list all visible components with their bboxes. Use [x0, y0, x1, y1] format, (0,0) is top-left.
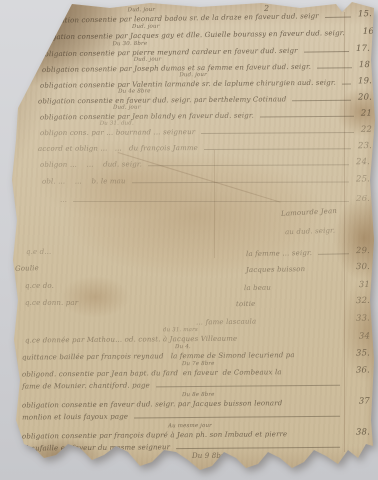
ledger-entry: …26. [60, 195, 370, 204]
entry-text-continued: monlion et louis fayoux page [22, 413, 128, 422]
entry-text: obligation consentie par françois dupré … [22, 430, 287, 440]
entry-text: Lamourde Jean [281, 207, 337, 218]
page-ref-number: 36. [356, 366, 370, 375]
entry-text: … [60, 196, 67, 204]
leader-line [293, 435, 349, 436]
ledger-entry: q.ce do. [25, 282, 85, 290]
ledger-entry: obligon … … dud. seigr.24. [40, 158, 370, 169]
leader-line [304, 51, 349, 53]
page-ref-number: 29. [356, 247, 370, 256]
manuscript-paper: 2 4 Dud. jourobligation consentie par le… [0, 0, 378, 480]
entry-text: q.e d… [26, 248, 51, 256]
ledger-entry: Du 7e 8breobligond. consentie par Jean b… [22, 366, 370, 390]
ledger-entry: Au mesme jourobligation consentie par fr… [22, 428, 370, 452]
date-note: Dud. jour [113, 105, 141, 111]
leader-line [201, 132, 354, 134]
entry-text: obligation consentie par Jean blandy en … [40, 112, 254, 122]
ledger-entry: Dud. jourobligation consentie par Jacque… [38, 28, 374, 42]
page-ref-number: 18 [359, 61, 370, 70]
date-note: Dud. jour [179, 72, 207, 78]
ledger-entry: Du 4.quittance baillée par françois reyn… [22, 349, 370, 361]
ledger-entry: toitie32. [236, 297, 370, 308]
entry-text: Jacques buisson [246, 265, 305, 274]
ledger-entry: q.e d… [26, 248, 86, 256]
leader-line [288, 404, 351, 406]
ledger-entry: accord et oblign … … du françois Jamme23… [38, 142, 372, 153]
date-note: Dud. jour [128, 7, 156, 13]
page-ref-number: 32. [356, 297, 370, 306]
entry-text: q.ce donn. par [25, 299, 78, 307]
date-note: Du 8e 8bre [182, 392, 215, 398]
page-ref-number: 25. [356, 175, 370, 184]
page-ref-number: 34 [359, 332, 370, 341]
page-ref-number: 23. [358, 142, 372, 151]
scanned-document: 2 4 Dud. jourobligation consentie par le… [0, 0, 378, 480]
leader-line [318, 253, 349, 255]
leader-line [176, 447, 340, 449]
entry-text: au dud. seigr. [285, 227, 335, 237]
page-ref-number: 30. [356, 263, 370, 272]
date-note: Au mesme jour [168, 423, 212, 429]
ledger-entry: Lamourde Jean [281, 206, 351, 218]
entry-text: obligation consentie en faveur dud. seig… [22, 399, 282, 409]
ledger-entry: Du 8e 8breobligation consentie en faveur… [22, 397, 370, 421]
leader-line [204, 148, 351, 150]
date-note: Dud. jour [134, 57, 162, 63]
entry-text: … fame lascaula [196, 317, 256, 326]
leader-line [156, 385, 340, 388]
ledger-entry: Du 31. dud.obligon cons. par … bournand … [40, 126, 372, 137]
archival-corner-mark: 4 [24, 8, 28, 15]
entry-text: obligation consentie par pierre meynard … [40, 47, 298, 59]
ledger-entry: Du 9 8bre [192, 452, 252, 460]
leader-line [148, 164, 349, 166]
entry-text: obligon … … dud. seigr. [40, 160, 142, 169]
leader-line [311, 269, 349, 271]
ledger-entry: q.ce donn. par [25, 299, 105, 307]
leader-line [262, 321, 349, 324]
leader-line [277, 287, 352, 289]
entry-text: obligond. consentie par Jean bapt. du fa… [22, 368, 282, 378]
entry-text: Goulie [15, 264, 39, 273]
date-note: Du 30. 8bre [112, 41, 147, 47]
leader-line [288, 373, 349, 375]
ledger-entry: Dud. jourobligation consentie par Jean b… [40, 110, 372, 122]
page-ref-number: 31 [359, 281, 370, 290]
leader-line [73, 201, 349, 202]
entry-text: obligation consentie par Jacques gay et … [38, 29, 345, 41]
page-ref-number: 19. [358, 77, 372, 86]
entry-text: q.ce do. [25, 282, 54, 290]
leader-line [260, 116, 354, 118]
ledger-entry: la femme … seigr.29. [246, 247, 370, 258]
entry-text: obl. … … b. le mau [42, 177, 126, 185]
entry-text: toitie [236, 300, 256, 308]
date-note: Du 7e 8bre [182, 361, 215, 367]
entry-text: Du 9 8bre [192, 452, 229, 460]
page-ref-number: 35. [356, 349, 370, 358]
entry-text: quittance baillée par françois reynaud l… [22, 351, 295, 361]
page-ref-number: 24. [356, 158, 370, 167]
date-note: Dud. jour [132, 24, 160, 30]
leader-line [301, 356, 349, 357]
page-ref-number: 15. [358, 10, 372, 19]
date-note: du 31. mars [163, 327, 198, 333]
page-ref-number: 17. [356, 45, 370, 54]
entry-text: obligation consentie par Joseph dumas et… [42, 63, 311, 74]
entry-text: obligon cons. par … bournand … seigneur [40, 128, 195, 137]
leader-line [292, 100, 351, 102]
entry-text: accord et oblign … … du françois Jamme [38, 144, 198, 153]
page-ref-number: 20. [358, 94, 372, 103]
ledger-entry: au dud. seigr. [285, 226, 357, 237]
page-ref-number: 22 [361, 126, 372, 135]
leader-line [243, 339, 352, 341]
entry-text-continued: chaufaille en faveur du mesme seigneur [22, 443, 170, 452]
leader-line [342, 83, 351, 84]
leader-line [317, 67, 352, 68]
date-note: Du 31. dud. [100, 121, 134, 127]
page-ref-number: 16 [363, 28, 374, 37]
ledger-entry: obl. … … b. le mau25. [42, 175, 370, 185]
leader-line [261, 303, 349, 306]
ledger-entry: Goulie [15, 263, 65, 273]
leader-line [134, 416, 340, 419]
date-note: Du 4e 8bre [118, 88, 151, 94]
ledger-entry: Jacques buisson30. [246, 263, 370, 274]
ledger-entry: Dud. jourobligation consentie par Valent… [40, 77, 372, 89]
leader-line [325, 16, 351, 17]
ledger-entry: la beau31 [244, 281, 370, 292]
entry-text: obligation consentie par leonard badou s… [42, 12, 319, 25]
entry-text: obligation consentie en faveur dud. seig… [38, 95, 286, 105]
entry-text: obligation consentie par Valentin larman… [40, 79, 336, 90]
ledger-entry: Dud. jourobligation consentie par leonar… [42, 10, 372, 25]
ledger-entry: du 31. marsq.ce donnée par Mathou… od. c… [25, 332, 370, 344]
date-note: Du 4. [175, 344, 191, 350]
entry-text-continued: fame de Mounier. chantiford. page [22, 381, 150, 390]
page-ref-number: 33. [356, 314, 370, 323]
paper-shadow-wrap: 2 4 Dud. jourobligation consentie par le… [0, 0, 378, 480]
page-ref-number: 26. [356, 195, 370, 204]
leader-line [351, 34, 356, 35]
ledger-entry: Du 4e 8breobligation consentie en faveur… [38, 94, 372, 106]
ledger-entry: Du 30. 8breobligation consentie par pier… [40, 45, 370, 59]
page-ref-number: 37 [359, 397, 370, 406]
page-ref-number: 38. [356, 428, 370, 437]
leader-line [132, 182, 349, 184]
entry-text: la beau [244, 284, 271, 292]
entry-text: q.ce donnée par Mathou… od. const. à Jac… [25, 335, 237, 345]
entry-text: la femme … seigr. [246, 249, 312, 258]
page-ref-number: 21 [361, 110, 372, 119]
